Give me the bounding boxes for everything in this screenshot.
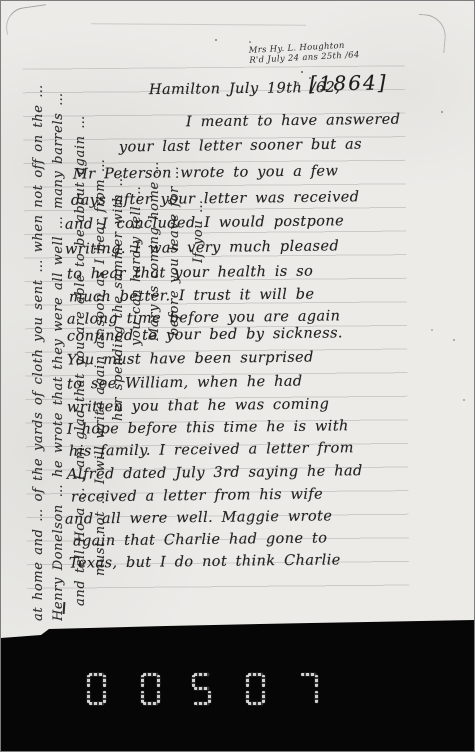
- counter-digit-segment: [87, 675, 90, 687]
- counter-digit-segment: [301, 673, 316, 676]
- counter-digit: [87, 673, 106, 705]
- counter-digit-segment: [246, 675, 249, 687]
- cross-writing-column: Henry Donelson … he wrote that they were…: [51, 76, 66, 621]
- scan-artifact-curve-top-right: [415, 14, 447, 53]
- counter-digit-segment: [143, 702, 158, 705]
- counter-digit: [299, 673, 318, 705]
- counter-digit-segment: [89, 673, 104, 676]
- cross-writing-column: Mary is coming home …: [147, 53, 162, 341]
- counter-digit-segment: [141, 691, 144, 703]
- cross-writing-column: and tell Ho a … I am glad that you are a…: [73, 71, 88, 606]
- counter-digit-segment: [157, 675, 160, 687]
- counter-digit: [246, 673, 265, 705]
- counter-digit-segment: [262, 675, 265, 687]
- body-line: I meant to have answered: [186, 112, 401, 131]
- microfilm-frame: Mrs Hy. L. Houghton R'd July 24 ans 25th…: [0, 0, 475, 752]
- body-line: received a letter from his wife: [71, 486, 323, 505]
- body-line: again that Charlie had gone to: [73, 530, 328, 549]
- scan-artifact-faint-line: [91, 23, 306, 26]
- counter-digit-segment: [87, 691, 90, 703]
- counter-digit-segment: [248, 673, 263, 676]
- counter-digit-segment: [141, 675, 144, 687]
- film-strip: [1, 619, 475, 752]
- counter-digit: [192, 673, 211, 705]
- counter-digit-segment: [194, 702, 209, 705]
- counter-digit-segment: [315, 675, 318, 687]
- counter-digit-segment: [103, 675, 106, 687]
- cross-writing-column: must not … I will write again as soon as…: [93, 81, 108, 576]
- received-annotation: Mrs Hy. L. Houghton R'd July 24 ans 25th…: [249, 40, 360, 66]
- cross-writing-column: her spending the summer with …: [111, 71, 126, 421]
- counter-digit-segment: [192, 675, 195, 687]
- counter-digit-segment: [194, 687, 209, 690]
- cross-writing-column: before you leave for …: [167, 54, 182, 336]
- counter-digit: [141, 673, 160, 705]
- counter-digit-segment: [246, 691, 249, 703]
- archival-year: [1864]: [309, 70, 388, 95]
- cross-writing-column: If you …: [191, 58, 206, 263]
- counter-digit-segment: [89, 702, 104, 705]
- cross-writing-column: at home and … of the yards of cloth you …: [31, 69, 46, 621]
- counter-digit-segment: [194, 673, 209, 676]
- scan-artifact-specks: [1, 1, 3, 3]
- scan-artifact-curve-top-left: [3, 4, 49, 35]
- counter-digit-segment: [143, 673, 158, 676]
- body-line: confined to your bed by sickness.: [67, 325, 343, 344]
- frame-counter: [87, 673, 327, 707]
- counter-digit-segment: [248, 702, 263, 705]
- body-line: Texas, but I do not think Charlie: [69, 552, 341, 571]
- counter-digit-segment: [315, 691, 318, 703]
- cross-writing-column: you can hardly tell …: [129, 56, 144, 346]
